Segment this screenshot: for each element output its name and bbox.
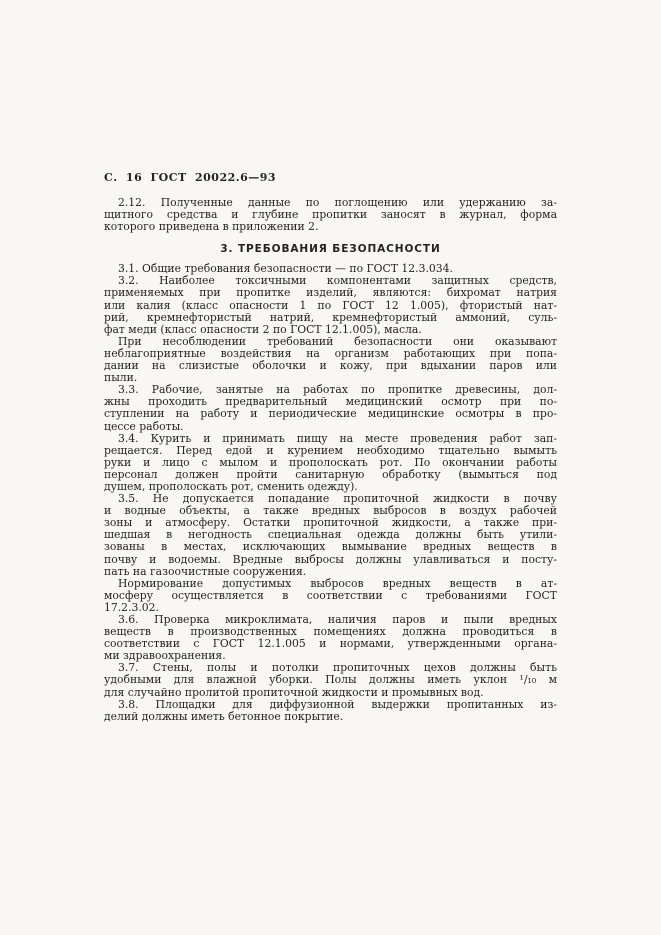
- paragraph-3.3: 3.3. Рабочие, занятые на работах по проп…: [104, 384, 557, 432]
- text-line: зованы в местах, исключающих вымывание в…: [104, 541, 557, 553]
- paragraph-3.5-continuation: Нормирование допустимых выбросов вредных…: [104, 578, 557, 614]
- text-line: применяемых при пропитке изделий, являют…: [104, 287, 557, 299]
- text-line: рий, кремнефтористый натрий, кремнефтори…: [104, 312, 557, 324]
- text-line: рещается. Перед едой и курением необходи…: [104, 445, 557, 457]
- paragraph-2.12: 2.12. Полученные данные по поглощению ил…: [104, 197, 557, 233]
- intro-paragraphs: 2.12. Полученные данные по поглощению ил…: [104, 197, 557, 233]
- text-line: дании на слизистые оболочки и кожу, при …: [104, 360, 557, 372]
- text-line: удобными для влажной уборки. Полы должны…: [104, 674, 557, 686]
- paragraph-3.5: 3.5. Не допускается попадание пропиточно…: [104, 493, 557, 578]
- page-header: С. 16 ГОСТ 20022.6—93: [104, 171, 276, 184]
- text-line: делий должны иметь бетонное покрытие.: [104, 711, 557, 723]
- text-line: 3.8. Площадки для диффузионной выдержки …: [104, 699, 557, 711]
- paragraph-3.2-continuation: При несоблюдении требований безопасности…: [104, 336, 557, 384]
- paragraph-3.4: 3.4. Курить и принимать пищу на месте пр…: [104, 433, 557, 493]
- text-line: которого приведена в приложении 2.: [104, 221, 557, 233]
- text-line: или калия (класс опасности 1 по ГОСТ 12 …: [104, 300, 557, 312]
- paragraph-3.7: 3.7. Стены, полы и потолки пропиточных ц…: [104, 662, 557, 698]
- text-line: почву и водоемы. Вредные выбросы должны …: [104, 554, 557, 566]
- text-line: для случайно пролитой пропиточной жидкос…: [104, 687, 557, 699]
- text-line: ступлении на работу и периодические меди…: [104, 408, 557, 420]
- text-line: 3.4. Курить и принимать пищу на месте пр…: [104, 433, 557, 445]
- text-line: Нормирование допустимых выбросов вредных…: [104, 578, 557, 590]
- text-line: цессе работы.: [104, 421, 557, 433]
- paragraph-3.8: 3.8. Площадки для диффузионной выдержки …: [104, 699, 557, 723]
- paragraph-3.6: 3.6. Проверка микроклимата, наличия паро…: [104, 614, 557, 662]
- section-paragraphs: 3.1. Общие требования безопасности — по …: [104, 263, 557, 723]
- text-line: мосферу осуществляется в соответствии с …: [104, 590, 557, 602]
- document-page: С. 16 ГОСТ 20022.6—93 2.12. Полученные д…: [0, 0, 661, 935]
- paragraph-3.2: 3.2. Наиболее токсичными компонентами за…: [104, 275, 557, 335]
- text-line: пать на газоочистные сооружения.: [104, 566, 557, 578]
- document-body: 2.12. Полученные данные по поглощению ил…: [104, 197, 557, 723]
- section-heading: 3. ТРЕБОВАНИЯ БЕЗОПАСНОСТИ: [104, 243, 557, 255]
